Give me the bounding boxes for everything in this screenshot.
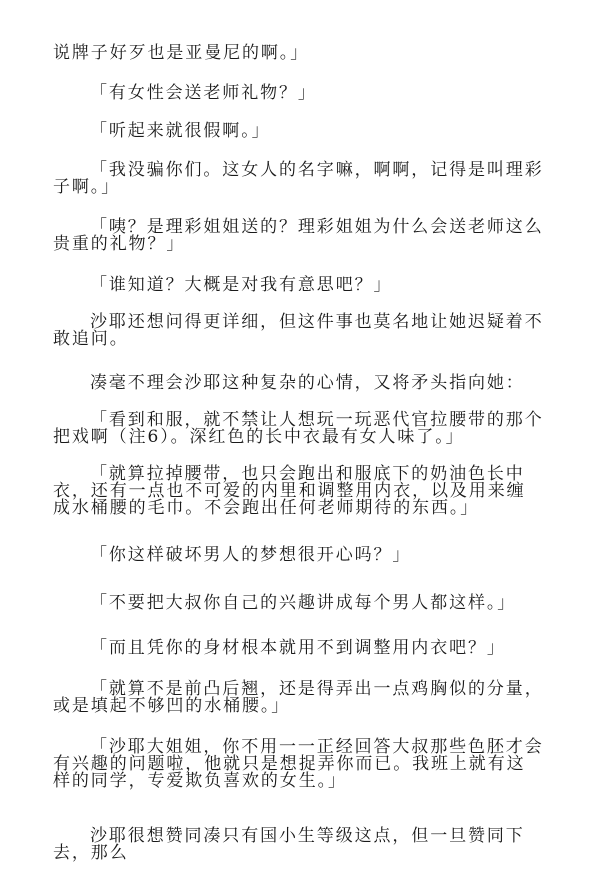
paragraph: 沙耶很想赞同凑只有国小生等级这点，但一旦赞同下去，那么: [53, 828, 544, 862]
paragraph: 凑毫不理会沙耶这种复杂的心情，又将矛头指向她：: [53, 375, 525, 392]
paragraph: 「不要把大叔你自己的兴趣讲成每个男人都这样。」: [53, 595, 516, 612]
paragraph: 「就算不是前凸后翘，还是得弄出一点鸡胸似的分量，或是填起不够凹的水桶腰。」: [53, 681, 544, 715]
paragraph: 说牌子好歹也是亚曼尼的啊。」: [53, 45, 309, 62]
paragraph: 「你这样破坏男人的梦想很开心吗？」: [53, 547, 411, 564]
paragraph: 「看到和服，就不禁让人想玩一玩恶代官拉腰带的那个把戏啊（注6）。深红色的长中衣最…: [53, 412, 544, 446]
paragraph: 「沙耶大姐姐，你不用一一正经回答大叔那些色胚才会有兴趣的问题啦，他就只是想捉弄你…: [53, 739, 544, 790]
paragraph: 沙耶还想问得更详细，但这件事也莫名地让她迟疑着不敢追问。: [53, 314, 544, 348]
paragraph: 「谁知道？大概是对我有意思吧？」: [53, 277, 392, 294]
paragraph: 「而且凭你的身材根本就用不到调整用内衣吧？」: [53, 640, 506, 657]
paragraph: 「就算拉掉腰带，也只会跑出和服底下的奶油色长中衣，还有一点也不可爱的内里和调整用…: [53, 466, 544, 517]
paragraph: 「我没骗你们。这女人的名字嘛，啊啊，记得是叫理彩子啊。」: [53, 162, 544, 196]
paragraph: 「有女性会送老师礼物？」: [53, 85, 317, 102]
paragraph: 「听起来就很假啊。」: [53, 123, 271, 140]
paragraph: 「咦？是理彩姐姐送的？理彩姐姐为什么会送老师这么贵重的礼物？」: [53, 219, 544, 253]
